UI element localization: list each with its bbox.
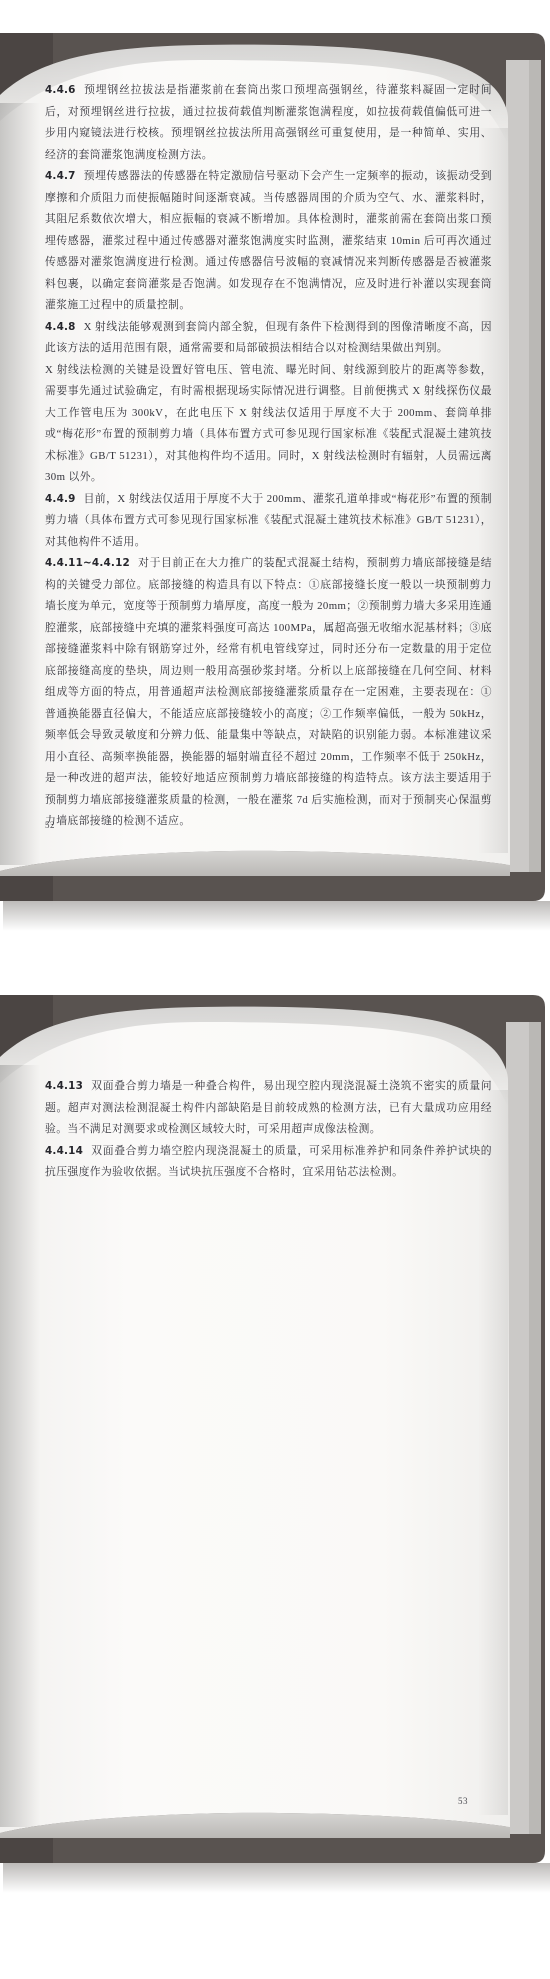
paragraph: 4.4.7预埋传感器法的传感器在特定激励信号驱动下会产生一定频率的振动，该振动受…: [45, 166, 492, 317]
clause-number: 4.4.11~4.4.12: [45, 557, 130, 569]
paragraph-text: 双面叠合剪力墙空腔内现浇混凝土的质量，可采用标准养护和同条件养护试块的抗压强度作…: [45, 1145, 492, 1179]
paragraph: X 射线法检测的关键是设置好管电压、管电流、曝光时间、射线源到胶片的距离等参数，…: [45, 360, 492, 489]
page-number: 53: [458, 1796, 468, 1806]
paragraph: 4.4.13双面叠合剪力墙是一种叠合构件，易出现空腔内现浇混凝土浇筑不密实的质量…: [45, 1076, 492, 1141]
page-text: 4.4.13双面叠合剪力墙是一种叠合构件，易出现空腔内现浇混凝土浇筑不密实的质量…: [45, 1076, 492, 1184]
paragraph-text: 对于目前正在大力推广的装配式混凝土结构，预制剪力墙底部接缝是结构的关键受力部位。…: [45, 557, 492, 827]
clause-number: 4.4.8: [45, 321, 76, 333]
spine-gutter-shade: [0, 103, 40, 865]
book-drop-shadow: [3, 1863, 550, 1893]
clause-number: 4.4.6: [45, 84, 76, 96]
paragraph-text: X 射线法检测的关键是设置好管电压、管电流、曝光时间、射线源到胶片的距离等参数，…: [45, 364, 492, 484]
page-number: 52: [45, 820, 55, 830]
paragraph: 4.4.9目前，X 射线法仅适用于厚度不大于 200mm、灌浆孔道单排或“梅花形…: [45, 489, 492, 554]
paragraph: 4.4.11~4.4.12对于目前正在大力推广的装配式混凝土结构，预制剪力墙底部…: [45, 553, 492, 833]
paragraph-text: 预埋传感器法的传感器在特定激励信号驱动下会产生一定频率的振动，该振动受到摩擦和介…: [45, 170, 492, 311]
clause-number: 4.4.7: [45, 170, 76, 182]
paragraph-text: 预埋钢丝拉拔法是指灌浆前在套筒出浆口预埋高强钢丝，待灌浆料凝固一定时间后，对预埋…: [45, 84, 492, 161]
paragraph: 4.4.6预埋钢丝拉拔法是指灌浆前在套筒出浆口预埋高强钢丝，待灌浆料凝固一定时间…: [45, 80, 492, 166]
clause-number: 4.4.14: [45, 1145, 83, 1157]
clause-number: 4.4.13: [45, 1080, 83, 1092]
page-text: 4.4.6预埋钢丝拉拔法是指灌浆前在套筒出浆口预埋高强钢丝，待灌浆料凝固一定时间…: [45, 80, 492, 833]
book-drop-shadow: [3, 901, 550, 931]
paragraph: 4.4.14双面叠合剪力墙空腔内现浇混凝土的质量，可采用标准养护和同条件养护试块…: [45, 1141, 492, 1184]
book-photo-page-52: 4.4.6预埋钢丝拉拔法是指灌浆前在套筒出浆口预埋高强钢丝，待灌浆料凝固一定时间…: [0, 33, 550, 938]
paragraph-text: 双面叠合剪力墙是一种叠合构件，易出现空腔内现浇混凝土浇筑不密实的质量问题。超声对…: [45, 1080, 492, 1135]
clause-number: 4.4.9: [45, 493, 76, 505]
paragraph: 4.4.8X 射线法能够观测到套筒内部全貌，但现有条件下检测得到的图像清晰度不高…: [45, 317, 492, 360]
spine-gutter-shade: [0, 1065, 40, 1827]
screenshot-canvas: 4.4.6预埋钢丝拉拔法是指灌浆前在套筒出浆口预埋高强钢丝，待灌浆料凝固一定时间…: [0, 0, 550, 1979]
paragraph-text: X 射线法能够观测到套筒内部全貌，但现有条件下检测得到的图像清晰度不高，因此该方…: [45, 321, 492, 355]
page-stack-edge-inner: [529, 60, 541, 872]
page-right-shade: [478, 1090, 508, 1815]
page-stack-edge-inner: [529, 1022, 541, 1834]
paragraph-text: 目前，X 射线法仅适用于厚度不大于 200mm、灌浆孔道单排或“梅花形”布置的预…: [45, 493, 492, 548]
book-photo-page-53: 4.4.13双面叠合剪力墙是一种叠合构件，易出现空腔内现浇混凝土浇筑不密实的质量…: [0, 995, 550, 1900]
